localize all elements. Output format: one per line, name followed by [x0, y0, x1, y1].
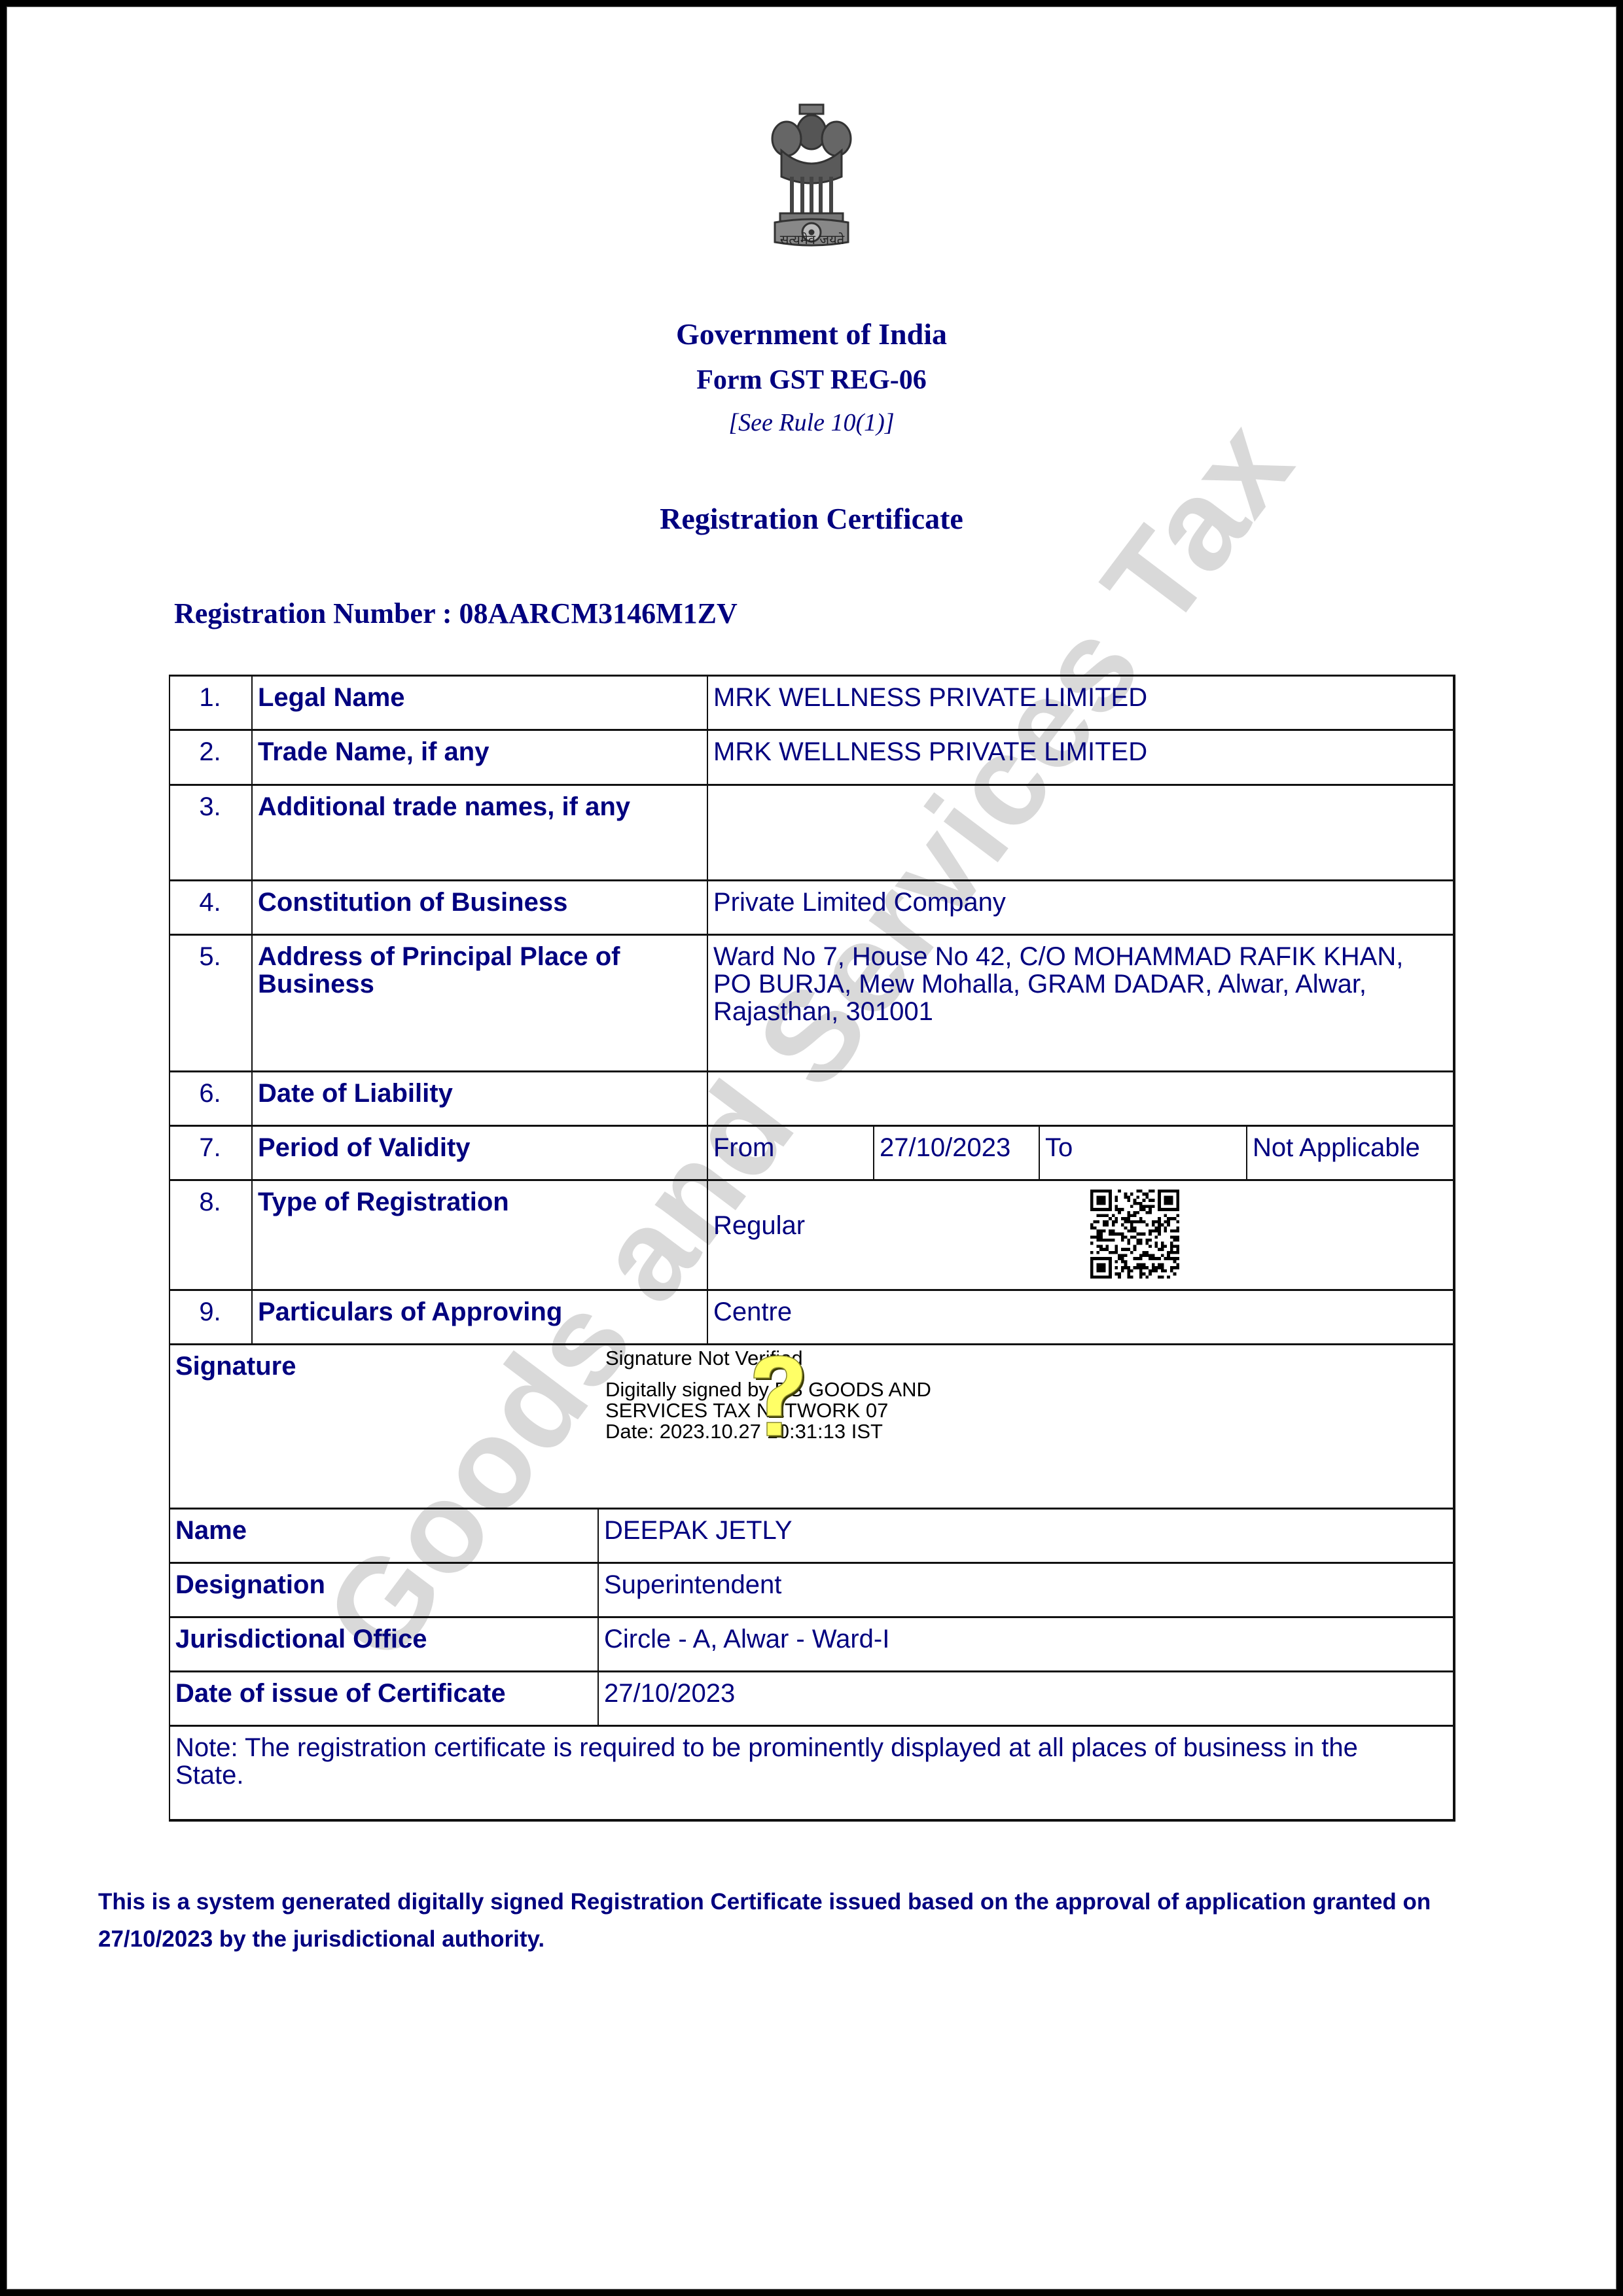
- date-of-liability-label: Date of Liability: [253, 1070, 707, 1107]
- type-of-registration-value: Regular: [708, 1192, 970, 1239]
- system-generated-disclaimer: This is a system generated digitally sig…: [98, 1883, 1505, 1958]
- form-title: Form GST REG-06: [0, 364, 1623, 396]
- validity-to-label: To: [1040, 1125, 1246, 1161]
- row-number: 5.: [169, 934, 251, 970]
- certificate-title: Registration Certificate: [0, 501, 1623, 536]
- date-of-issue-label: Date of issue of Certificate: [170, 1670, 597, 1707]
- row-number: 4.: [169, 879, 251, 916]
- constitution-value: Private Limited Company: [708, 879, 1453, 916]
- validity-from-date: 27/10/2023: [874, 1125, 1039, 1161]
- constitution-label: Constitution of Business: [253, 879, 707, 916]
- row-number: 2.: [169, 729, 251, 766]
- government-title: Government of India: [0, 317, 1623, 351]
- question-mark-icon: [745, 1353, 810, 1438]
- trade-name-label: Trade Name, if any: [253, 729, 707, 766]
- emblem-motto: सत्यमेव जयते: [764, 230, 860, 248]
- trade-name-value: MRK WELLNESS PRIVATE LIMITED: [708, 729, 1453, 766]
- period-of-validity-label: Period of Validity: [253, 1125, 707, 1161]
- row-number: 3.: [169, 784, 251, 821]
- row-number: 7.: [169, 1125, 251, 1161]
- display-note: Note: The registration certificate is re…: [170, 1725, 1453, 1789]
- row-number: 9.: [169, 1289, 251, 1326]
- additional-trade-names-label: Additional trade names, if any: [253, 784, 707, 821]
- jurisdictional-office-label: Jurisdictional Office: [170, 1616, 597, 1653]
- qr-code-icon: [1090, 1190, 1179, 1279]
- rule-reference: [See Rule 10(1)]: [0, 408, 1623, 437]
- additional-trade-names-value: [708, 784, 1453, 793]
- address-value: Ward No 7, House No 42, C/O MOHAMMAD RAF…: [708, 934, 1453, 1025]
- signature-label: Signature: [170, 1343, 563, 1380]
- designation-value: Superintendent: [599, 1562, 1453, 1598]
- officer-name-value: DEEPAK JETLY: [599, 1508, 1453, 1544]
- designation-label: Designation: [170, 1562, 597, 1598]
- registration-number-value: 08AARCM3146M1ZV: [459, 597, 737, 629]
- row-number: 6.: [169, 1070, 251, 1107]
- validity-to-date: Not Applicable: [1247, 1125, 1453, 1161]
- jurisdictional-office-value: Circle - A, Alwar - Ward-I: [599, 1616, 1453, 1653]
- address-label: Address of Principal Place of Business: [253, 934, 671, 998]
- date-of-liability-value: [708, 1070, 1453, 1080]
- row-number: 1.: [169, 675, 251, 711]
- approving-authority-label: Particulars of Approving: [253, 1289, 707, 1326]
- validity-from-label: From: [708, 1125, 873, 1161]
- legal-name-value: MRK WELLNESS PRIVATE LIMITED: [708, 675, 1453, 711]
- registration-number: Registration Number : 08AARCM3146M1ZV: [174, 597, 738, 630]
- registration-number-label: Registration Number :: [174, 597, 452, 629]
- date-of-issue-value: 27/10/2023: [599, 1670, 1453, 1707]
- officer-name-label: Name: [170, 1508, 597, 1544]
- legal-name-label: Legal Name: [253, 675, 707, 711]
- approving-authority-value: Centre: [708, 1289, 1453, 1326]
- row-number: 8.: [169, 1179, 251, 1216]
- type-of-registration-label: Type of Registration: [253, 1179, 707, 1216]
